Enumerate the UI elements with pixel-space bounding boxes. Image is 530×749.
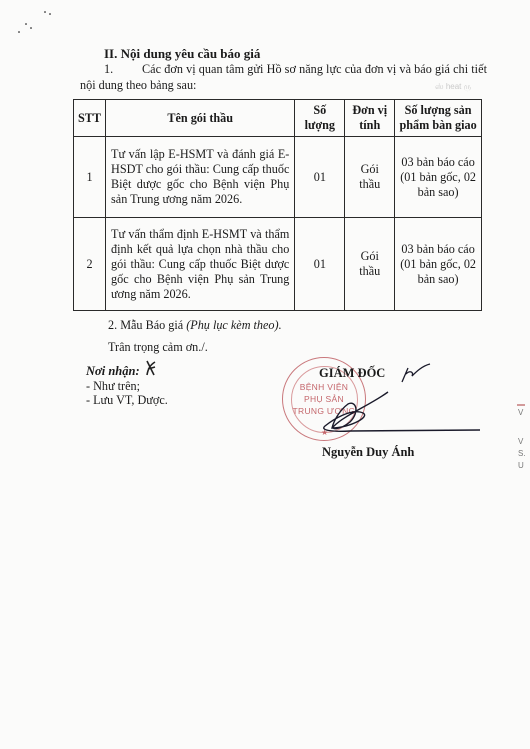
scan-speck	[25, 23, 27, 25]
scan-speck	[30, 27, 32, 29]
item1-number: 1.	[104, 62, 113, 77]
handwritten-signature-icon	[290, 360, 490, 435]
header-unit: Đơn vị tính	[345, 100, 395, 137]
recipient-item: - Như trên;	[86, 379, 140, 394]
item1-text-line1: Các đơn vị quan tâm gửi Hồ sơ năng lực c…	[142, 62, 487, 77]
table-header-row: STT Tên gói thầu Số lượng Đơn vị tính Số…	[74, 100, 482, 137]
recipient-item: - Lưu VT, Dược.	[86, 393, 168, 408]
header-stt: STT	[74, 100, 106, 137]
edge-letter: U	[518, 461, 524, 470]
scan-speck	[18, 31, 20, 33]
edge-letter: V	[518, 408, 523, 417]
cell-unit: Gói thầu	[345, 137, 395, 218]
cell-stt: 1	[74, 137, 106, 218]
edge-stamp-mark	[517, 404, 525, 406]
table-row: 2 Tư vấn thẩm định E-HSMT và thẩm định k…	[74, 218, 482, 311]
recipients-label: Nơi nhận:	[86, 364, 140, 379]
item2-prefix: 2. Mẫu Báo giá	[108, 318, 186, 332]
scan-speck	[49, 13, 51, 15]
bleed-through-text: ஸ் heat ரு	[435, 82, 471, 92]
cell-quantity: 01	[295, 137, 345, 218]
closing-text: Trân trọng cảm ơn./.	[108, 340, 208, 355]
cell-deliverables: 03 bản báo cáo (01 bản gốc, 02 bản sao)	[395, 137, 482, 218]
initial-mark-icon	[144, 359, 158, 377]
table-row: 1 Tư vấn lập E-HSMT và đánh giá E-HSDT c…	[74, 137, 482, 218]
cell-package-name: Tư vấn lập E-HSMT và đánh giá E-HSDT cho…	[106, 137, 295, 218]
header-deliverables: Số lượng sản phẩm bàn giao	[395, 100, 482, 137]
cell-package-name: Tư vấn thẩm định E-HSMT và thẩm định kết…	[106, 218, 295, 311]
header-package-name: Tên gói thầu	[106, 100, 295, 137]
quotation-table: STT Tên gói thầu Số lượng Đơn vị tính Số…	[73, 99, 482, 311]
cell-stt: 2	[74, 218, 106, 311]
cell-quantity: 01	[295, 218, 345, 311]
section-heading: II. Nội dung yêu cầu báo giá	[104, 46, 260, 62]
signatory-name: Nguyễn Duy Ánh	[322, 445, 414, 460]
scan-speck	[44, 11, 46, 13]
edge-letter: S.	[518, 449, 526, 458]
item2-line: 2. Mẫu Báo giá (Phụ lục kèm theo).	[108, 318, 282, 333]
cell-deliverables: 03 bản báo cáo (01 bản gốc, 02 bản sao)	[395, 218, 482, 311]
header-quantity: Số lượng	[295, 100, 345, 137]
item2-italic: (Phụ lục kèm theo).	[186, 318, 281, 332]
cell-unit: Gói thầu	[345, 218, 395, 311]
item1-text-line2: nội dung theo bảng sau:	[80, 78, 196, 93]
edge-letter: V	[518, 437, 523, 446]
